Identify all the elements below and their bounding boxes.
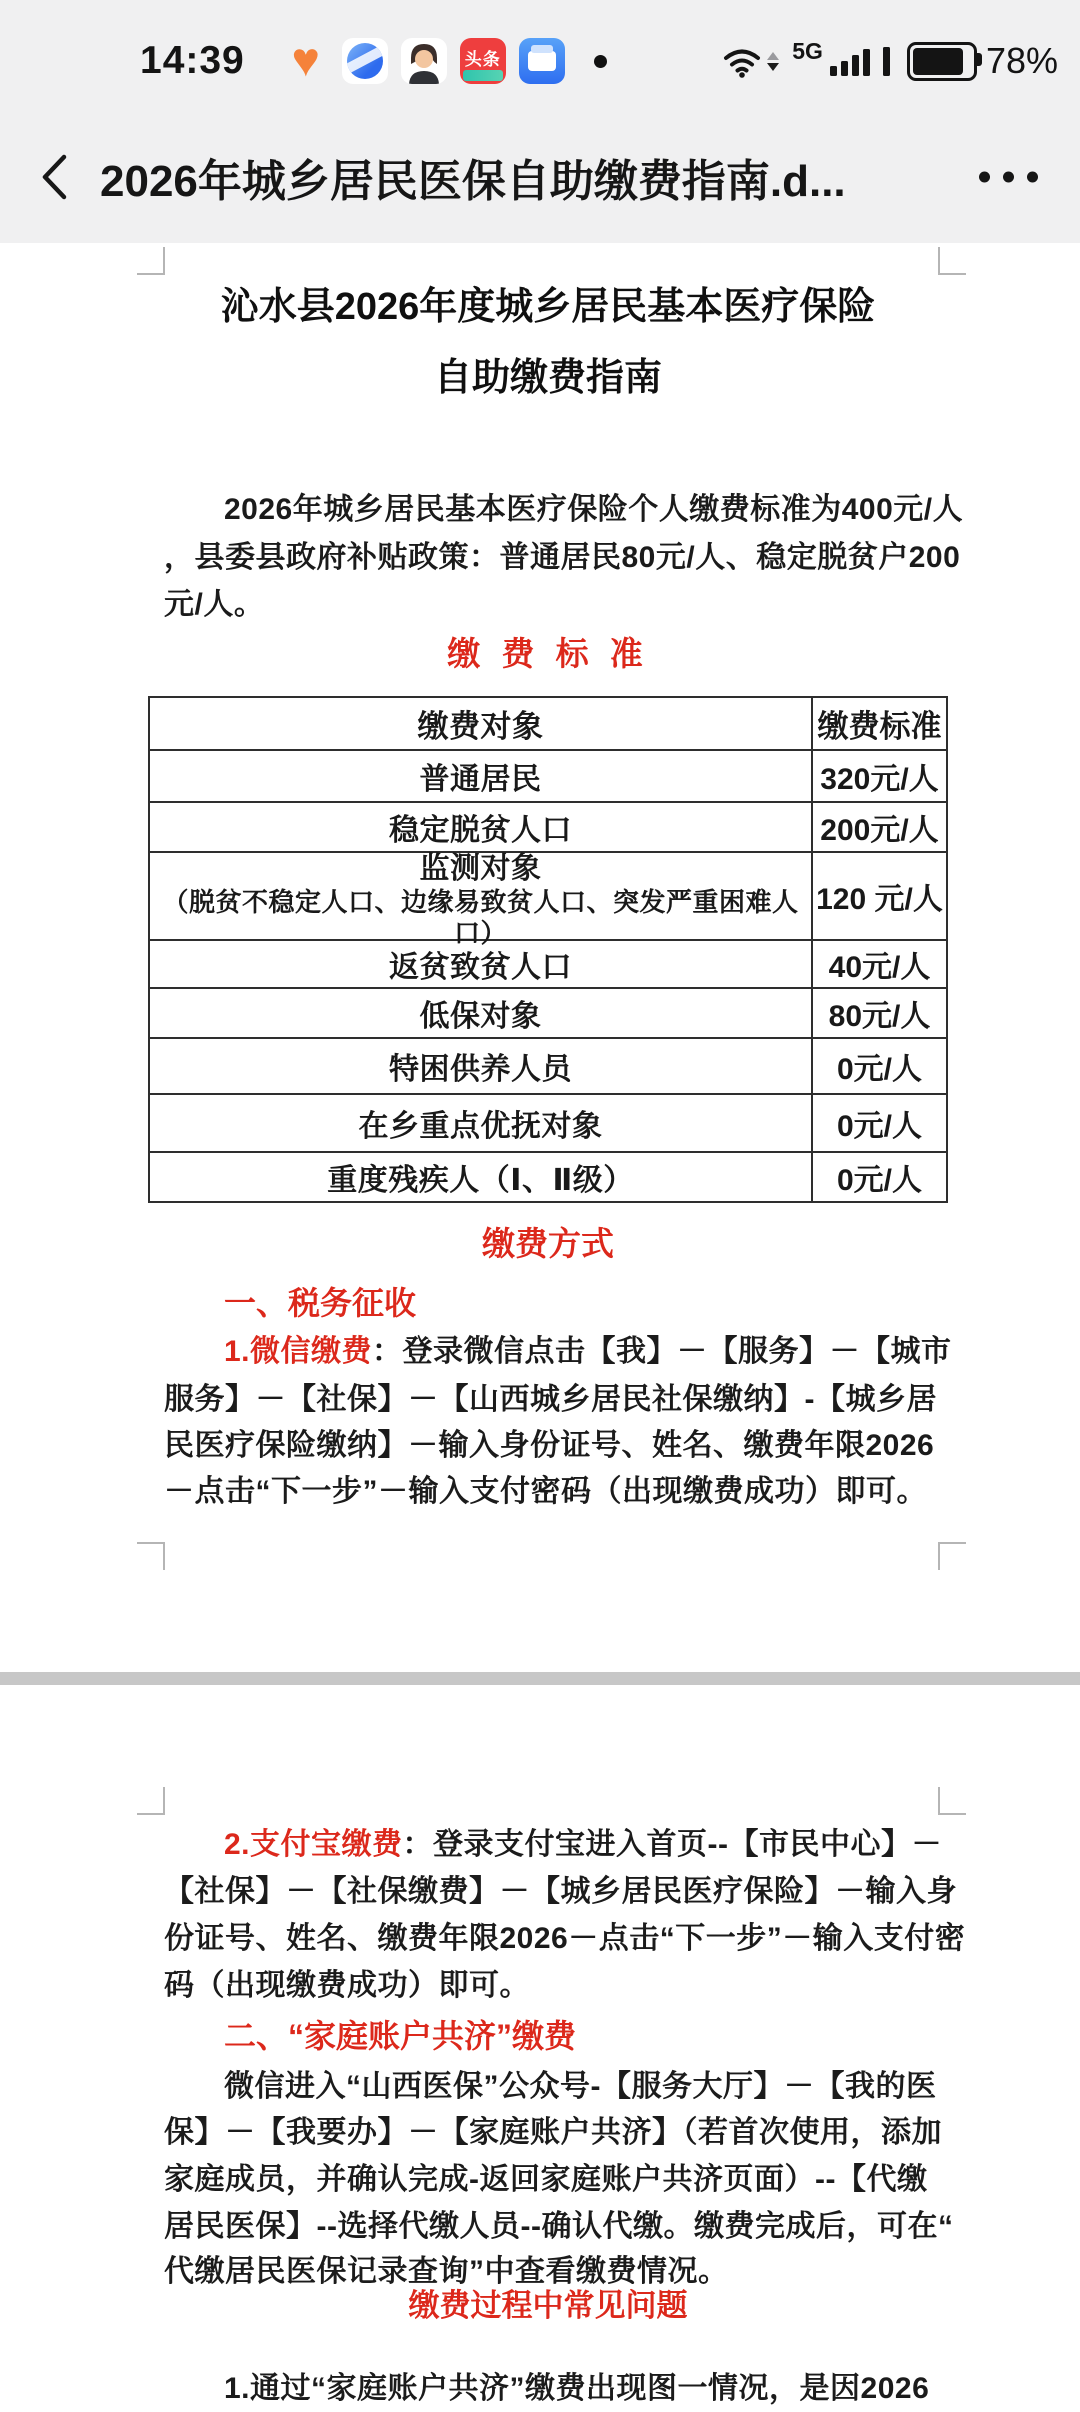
back-button[interactable] bbox=[34, 151, 74, 203]
battery-percent: 78% bbox=[986, 40, 1058, 82]
top-bar: 14:39 ♥ 头条 bbox=[0, 0, 1080, 243]
page-corner-mark bbox=[938, 1787, 966, 1815]
table-cell-object: 普通居民 bbox=[150, 751, 813, 801]
table-cell-object: 监测对象 （脱贫不稳定人口、边缘易致贫人口、突发严重困难人 口） bbox=[150, 853, 813, 939]
table-row: 低保对象 80元/人 bbox=[150, 987, 946, 1037]
table-row: 在乡重点优抚对象 0元/人 bbox=[150, 1093, 946, 1151]
notification-icons: ♥ 头条 bbox=[283, 38, 607, 84]
doc-title-line2: 自助缴费指南 bbox=[148, 354, 948, 402]
table-row: 监测对象 （脱贫不稳定人口、边缘易致贫人口、突发严重困难人 口） 120 元/人 bbox=[150, 851, 946, 939]
heading-faq: 缴费过程中常见问题 bbox=[148, 2283, 948, 2329]
avatar-app-icon bbox=[401, 38, 447, 84]
toutiao-app-icon: 头条 bbox=[460, 38, 506, 84]
status-indicators: 5G 78% bbox=[722, 40, 1058, 82]
table-cell-object: 在乡重点优抚对象 bbox=[150, 1095, 813, 1151]
table-header-row: 缴费对象 缴费标准 bbox=[150, 698, 946, 749]
health-app-icon: ♥ bbox=[283, 38, 329, 84]
alipay-line-2: 【社保】－【社保缴费】－【城乡居民医疗保险】－输入身 bbox=[164, 1869, 957, 1915]
nav-bar: 2026年城乡居民医保自助缴费指南.d... bbox=[0, 110, 1080, 243]
browser-app-icon bbox=[342, 38, 388, 84]
page-separator bbox=[0, 1672, 1080, 1685]
avatar-icon bbox=[401, 38, 447, 84]
table-cell-amount: 320元/人 bbox=[813, 751, 946, 801]
wifi-direction-arrows-icon bbox=[767, 52, 779, 71]
faq-line-1: 1.通过“家庭账户共济”缴费出现图一情况，是因2026 bbox=[224, 2366, 929, 2412]
globe-icon bbox=[347, 43, 383, 79]
alipay-line-3: 份证号、姓名、缴费年限2026－点击“下一步”－输入支付密 bbox=[164, 1916, 965, 1962]
document-viewport[interactable]: 沁水县2026年度城乡居民基本医疗保险 自助缴费指南 2026年城乡居民基本医疗… bbox=[0, 243, 1080, 2412]
doc-title-line1: 沁水县2026年度城乡居民基本医疗保险 bbox=[148, 283, 948, 331]
signal-strength-icon bbox=[830, 46, 870, 76]
table-cell-amount: 0元/人 bbox=[813, 1153, 946, 1201]
alipay-line-1: 2.支付宝缴费：登录支付宝进入首页--【市民中心】－ bbox=[224, 1822, 942, 1868]
intro-line-1: 2026年城乡居民基本医疗保险个人缴费标准为400元/人 bbox=[224, 487, 963, 533]
files-app-icon bbox=[519, 38, 565, 84]
family-line-1: 微信进入“山西医保”公众号-【服务大厅】－【我的医 bbox=[224, 2064, 937, 2110]
wechat-pay-line-4: －点击“下一步”－输入支付密码（出现缴费成功）即可。 bbox=[164, 1469, 927, 1515]
alipay-line-4: 码（出现缴费成功）即可。 bbox=[164, 1963, 530, 2009]
table-cell-amount: 0元/人 bbox=[813, 1095, 946, 1151]
heading-payment-standard: 缴 费 标 准 bbox=[148, 631, 948, 677]
notification-dot bbox=[594, 55, 607, 68]
page-corner-mark bbox=[137, 247, 165, 275]
table-row: 重度残疾人（Ⅰ、Ⅱ级） 0元/人 bbox=[150, 1151, 946, 1201]
intro-line-2: ，县委县政府补贴政策：普通居民80元/人、稳定脱贫户200 bbox=[164, 535, 960, 581]
family-line-3: 家庭成员，并确认完成-返回家庭账户共济页面）--【代缴 bbox=[164, 2157, 927, 2203]
wechat-pay-label: 1.微信缴费 bbox=[224, 1335, 372, 1368]
wechat-pay-line-1: 1.微信缴费：登录微信点击【我】－【服务】－【城市 bbox=[224, 1329, 952, 1375]
network-type-label: 5G bbox=[792, 38, 823, 65]
table-row: 普通居民 320元/人 bbox=[150, 749, 946, 801]
document-title: 2026年城乡居民医保自助缴费指南.d... bbox=[100, 145, 846, 209]
monitor-line1: 监测对象 bbox=[420, 843, 542, 887]
table-cell-amount: 0元/人 bbox=[813, 1039, 946, 1093]
toutiao-label: 头条 bbox=[465, 45, 501, 70]
folder-icon bbox=[528, 51, 556, 71]
phone-screen: 14:39 ♥ 头条 bbox=[0, 0, 1080, 2412]
table-cell-object: 特困供养人员 bbox=[150, 1039, 813, 1093]
more-menu-button[interactable] bbox=[979, 171, 1038, 182]
heading-tax-collection: 一、税务征收 bbox=[224, 1280, 416, 1326]
table-row: 特困供养人员 0元/人 bbox=[150, 1037, 946, 1093]
family-line-4: 居民医保】--选择代缴人员--确认代缴。缴费完成后，可在“ bbox=[164, 2204, 953, 2250]
table-header-standard: 缴费标准 bbox=[813, 698, 946, 749]
wechat-pay-line-2: 服务】－【社保】－【山西城乡居民社保缴纳】-【城乡居 bbox=[164, 1377, 937, 1423]
alipay-label: 2.支付宝缴费 bbox=[224, 1828, 403, 1861]
wifi-icon bbox=[722, 44, 762, 78]
monitor-line2: （脱贫不稳定人口、边缘易致贫人口、突发严重困难人 bbox=[162, 887, 798, 918]
chevron-left-icon bbox=[39, 152, 69, 202]
table-cell-object: 低保对象 bbox=[150, 989, 813, 1037]
table-cell-object: 返贫致贫人口 bbox=[150, 941, 813, 987]
wechat-pay-line-3: 民医疗保险缴纳】－输入身份证号、姓名、缴费年限2026 bbox=[164, 1423, 934, 1469]
intro-line-3: 元/人。 bbox=[164, 582, 264, 628]
heading-family-account: 二、“家庭账户共济”缴费 bbox=[224, 2013, 576, 2059]
family-line-2: 保】－【我要办】－【家庭账户共济】（若首次使用，添加 bbox=[164, 2110, 942, 2156]
table-cell-amount: 200元/人 bbox=[813, 803, 946, 851]
heading-payment-method: 缴费方式 bbox=[148, 1221, 948, 1267]
page-corner-mark bbox=[137, 1787, 165, 1815]
status-bar: 14:39 ♥ 头条 bbox=[0, 34, 1080, 88]
table-header-object: 缴费对象 bbox=[150, 698, 813, 749]
page-corner-mark bbox=[938, 247, 966, 275]
table-row: 返贫致贫人口 40元/人 bbox=[150, 939, 946, 987]
payment-standard-table: 缴费对象 缴费标准 普通居民 320元/人 稳定脱贫人口 200元/人 监测对象… bbox=[148, 696, 948, 1203]
table-row: 稳定脱贫人口 200元/人 bbox=[150, 801, 946, 851]
table-cell-amount: 120 元/人 bbox=[813, 853, 946, 939]
battery-icon bbox=[907, 42, 977, 81]
table-cell-object: 重度残疾人（Ⅰ、Ⅱ级） bbox=[150, 1153, 813, 1201]
signal-sim2-icon bbox=[883, 47, 890, 76]
table-cell-amount: 80元/人 bbox=[813, 989, 946, 1037]
table-cell-amount: 40元/人 bbox=[813, 941, 946, 987]
page-corner-mark bbox=[137, 1542, 165, 1570]
toutiao-tag bbox=[463, 70, 503, 81]
status-time: 14:39 bbox=[140, 39, 245, 83]
page-corner-mark bbox=[938, 1542, 966, 1570]
